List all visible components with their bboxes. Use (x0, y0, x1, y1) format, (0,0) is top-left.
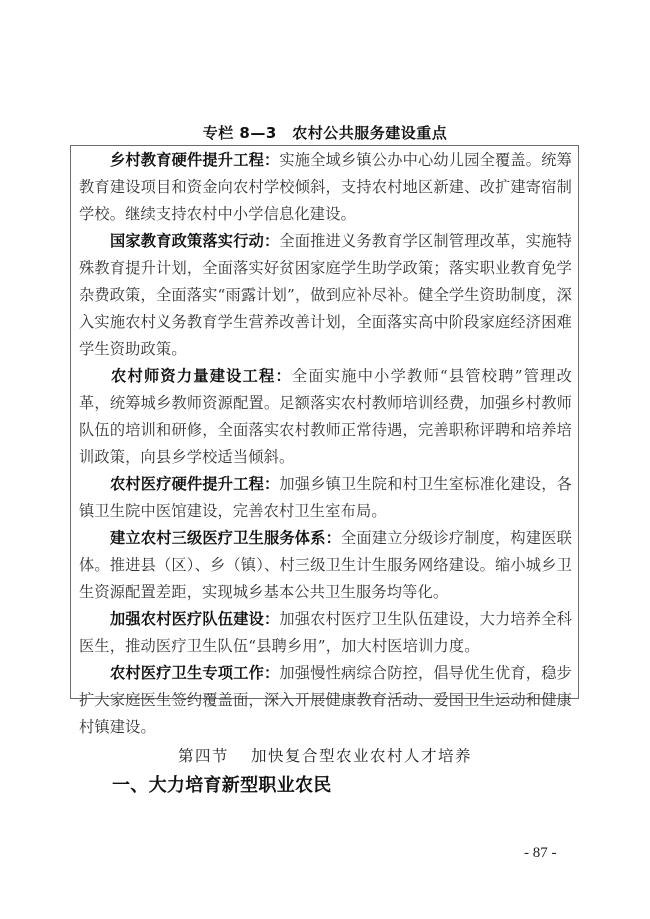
item-lead: 国家教育政策落实行动： (110, 232, 279, 250)
box-item-education-policy: 国家教育政策落实行动：全面推进义务教育学区制管理改革，实施特殊教育提升计划，全面… (71, 228, 580, 363)
item-lead: 建立农村三级医疗卫生服务体系： (110, 529, 341, 547)
box-item-medical-team: 加强农村医疗队伍建设：加强农村医疗卫生队伍建设，大力培养全科医生，推动医疗卫生队… (71, 606, 580, 660)
item-text: 全面推进义务教育学区制管理改革，实施特殊教育提升计划，全面落实好贫困家庭学生助学… (79, 232, 572, 358)
box-title: 专栏 8—3 农村公共服务建设重点 (0, 122, 650, 143)
section-title: 第四节加快复合型农业农村人才培养 (0, 744, 650, 766)
item-lead: 农村师资力量建设工程： (110, 367, 292, 385)
item-lead: 乡村教育硬件提升工程： (110, 151, 279, 169)
heading-level-1: 一、大力培育新型职业农民 (112, 771, 332, 797)
item-lead: 农村医疗硬件提升工程： (110, 475, 279, 493)
box-item-rural-education-hardware: 乡村教育硬件提升工程：实施全域乡镇公办中心幼儿园全覆盖。统筹教育建设项目和资金向… (71, 147, 580, 228)
box-item-medical-special: 农村医疗卫生专项工作：加强慢性病综合防控，倡导优生优育，稳步扩大家庭医生签约覆盖… (71, 660, 580, 741)
box-item-teacher-building: 农村师资力量建设工程：全面实施中小学教师“县管校聘”管理改革，统筹城乡教师资源配… (71, 363, 580, 471)
section-number: 第四节 (178, 747, 229, 765)
section-name: 加快复合型农业农村人才培养 (251, 747, 472, 765)
box-item-three-tier-medical: 建立农村三级医疗卫生服务体系：全面建立分级诊疗制度，构建医联体。推进县（区）、乡… (71, 525, 580, 606)
page-number: - 87 - (524, 845, 557, 862)
box-item-medical-hardware: 农村医疗硬件提升工程：加强乡镇卫生院和村卫生室标准化建设，各镇卫生院中医馆建设，… (71, 471, 580, 525)
item-lead: 农村医疗卫生专项工作： (110, 664, 279, 682)
item-lead: 加强农村医疗队伍建设： (110, 610, 279, 628)
feature-box: 乡村教育硬件提升工程：实施全域乡镇公办中心幼儿园全覆盖。统筹教育建设项目和资金向… (70, 145, 579, 699)
